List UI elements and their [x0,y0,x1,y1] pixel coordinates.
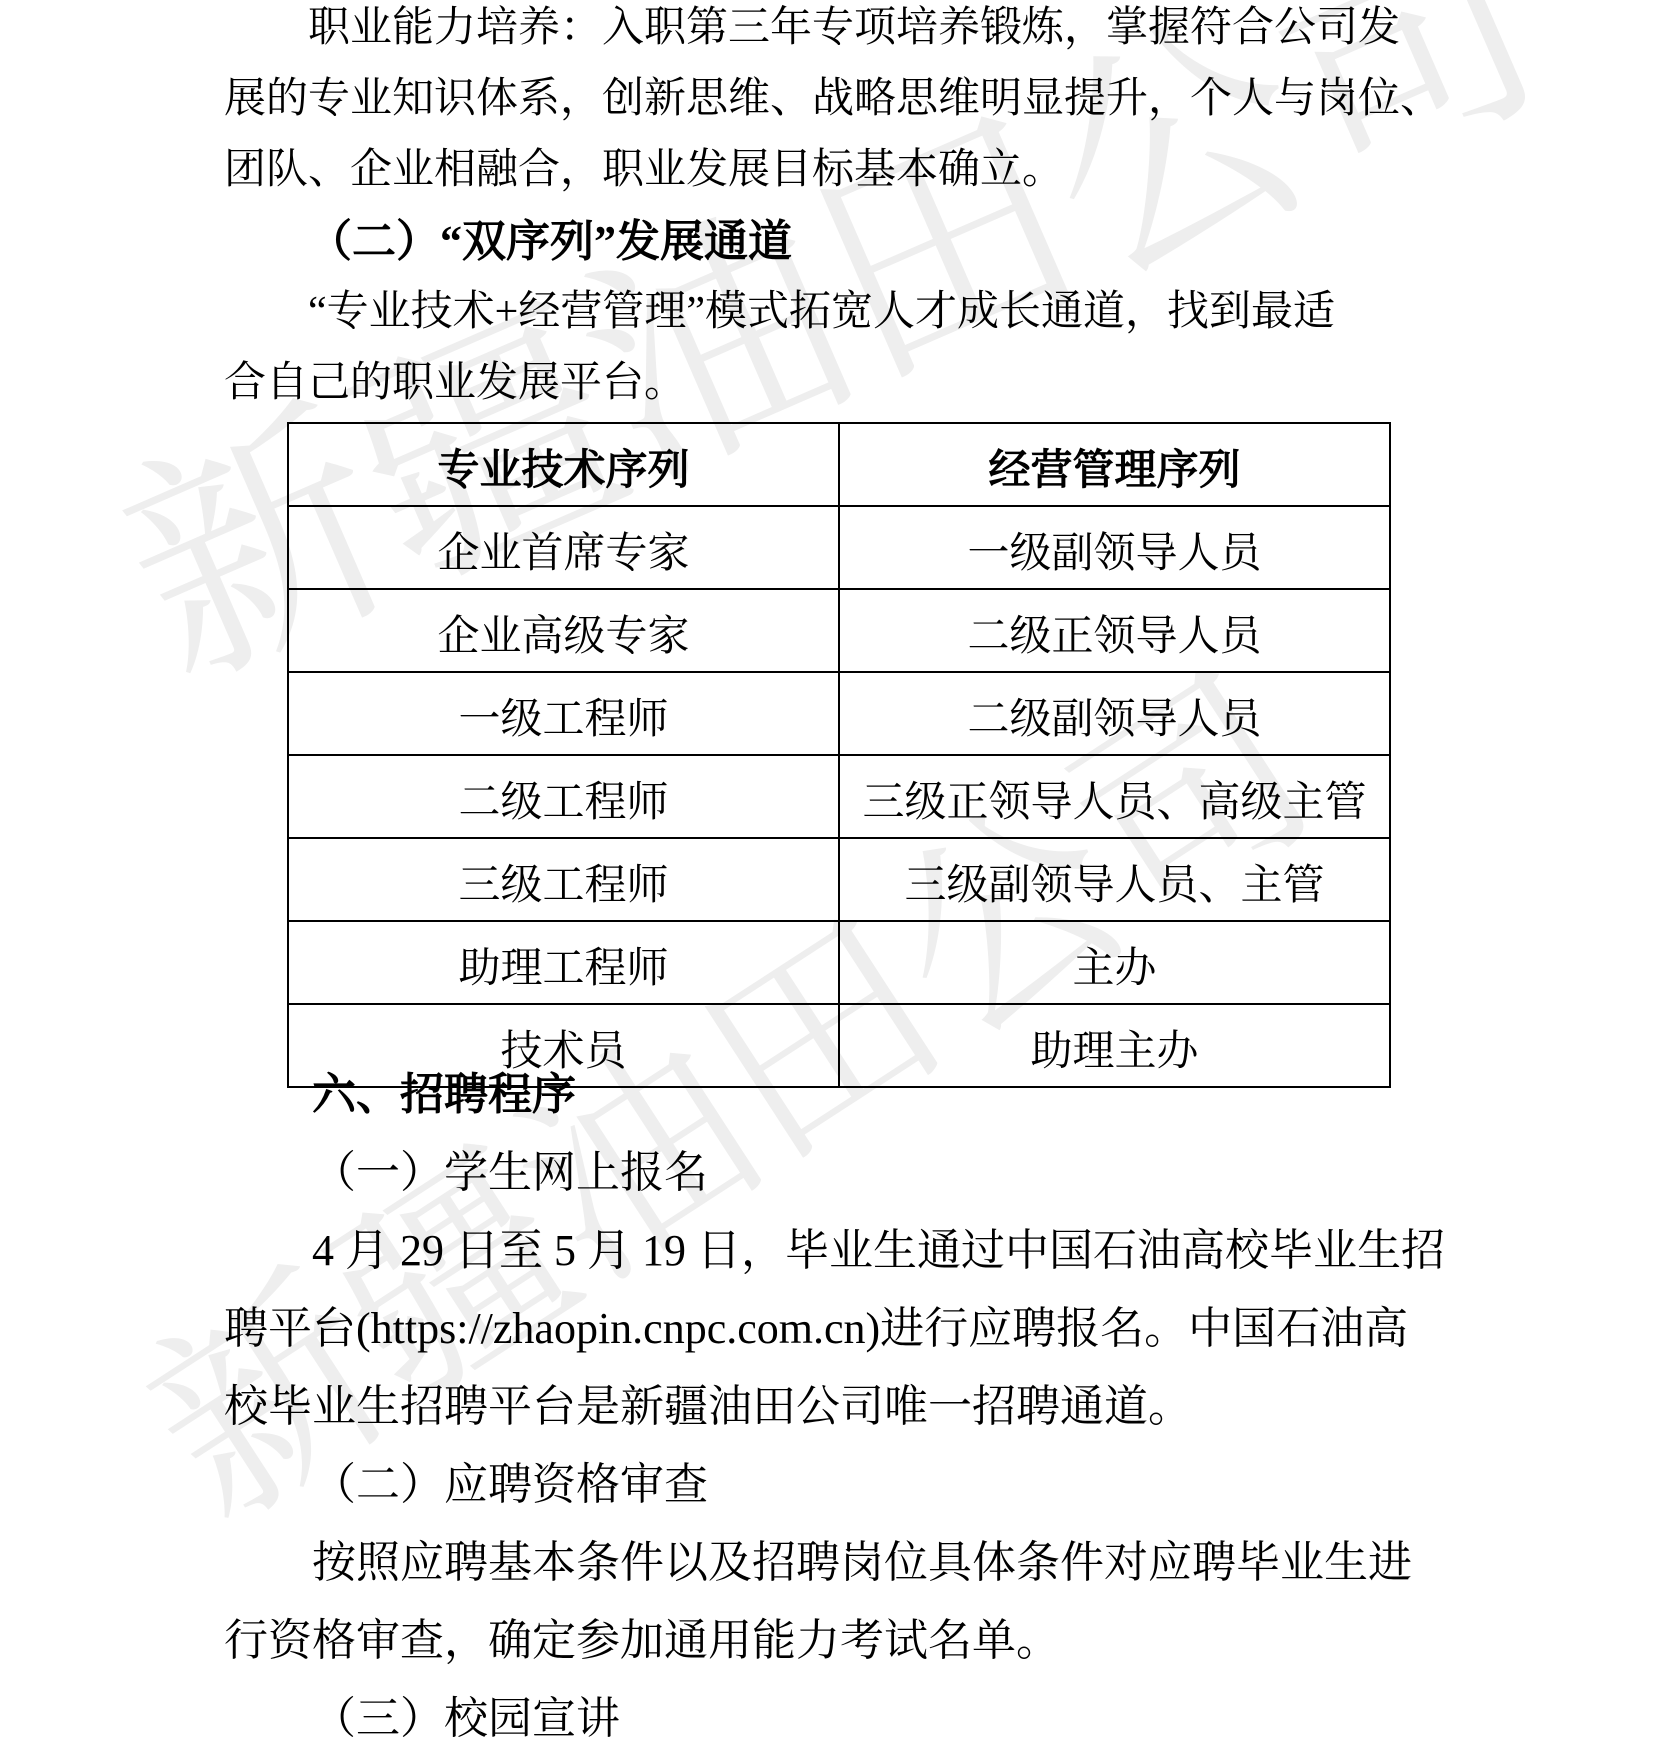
subheading-online-registration: （一）学生网上报名 [224,1134,1444,1212]
table-cell: 助理工程师 [288,921,839,1004]
document-page: 新疆油田公司 新疆油田公司 职业能力培养：入职第三年专项培养锻炼，掌握符合公司发… [0,0,1654,1753]
paragraph-line: 展的专业知识体系，创新思维、战略思维明显提升，个人与岗位、 [224,64,1444,135]
heading-recruitment-procedure: 六、招聘程序 [224,1056,1444,1134]
section-recruitment-procedure: 六、招聘程序 （一）学生网上报名 4 月 29 日至 5 月 19 日，毕业生通… [224,1056,1444,1753]
table-cell: 二级正领导人员 [839,589,1390,672]
section-career-development: 职业能力培养：入职第三年专项培养锻炼，掌握符合公司发 展的专业知识体系，创新思维… [224,0,1444,419]
table-row: 三级工程师 三级副领导人员、主管 [288,838,1390,921]
paragraph-line: 4 月 29 日至 5 月 19 日，毕业生通过中国石油高校毕业生招 [224,1212,1444,1290]
paragraph-line: 校毕业生招聘平台是新疆油田公司唯一招聘通道。 [224,1368,1444,1446]
paragraph-line: 行资格审查，确定参加通用能力考试名单。 [224,1602,1444,1680]
table-cell: 主办 [839,921,1390,1004]
table-row: 一级工程师 二级副领导人员 [288,672,1390,755]
paragraph-line: 按照应聘基本条件以及招聘岗位具体条件对应聘毕业生进 [224,1524,1444,1602]
table-cell: 三级工程师 [288,838,839,921]
paragraph-line: 团队、企业相融合，职业发展目标基本确立。 [224,135,1444,206]
career-sequence-table: 专业技术序列 经营管理序列 企业首席专家 一级副领导人员 企业高级专家 二级正领… [287,422,1391,1088]
heading-dual-sequence-channel: （二）“双序列”发展通道 [224,206,1444,277]
table-row: 二级工程师 三级正领导人员、高级主管 [288,755,1390,838]
paragraph-line: 职业能力培养：入职第三年专项培养锻炼，掌握符合公司发 [224,0,1444,64]
paragraph-line: “专业技术+经营管理”模式拓宽人才成长通道，找到最适 [224,277,1444,348]
table-cell: 一级副领导人员 [839,506,1390,589]
table-cell: 二级副领导人员 [839,672,1390,755]
table-row: 助理工程师 主办 [288,921,1390,1004]
table-row: 企业首席专家 一级副领导人员 [288,506,1390,589]
table-header-cell-management: 经营管理序列 [839,423,1390,506]
table-header-row: 专业技术序列 经营管理序列 [288,423,1390,506]
subheading-campus-presentation: （三）校园宣讲 [224,1680,1444,1753]
table-cell: 三级正领导人员、高级主管 [839,755,1390,838]
paragraph-line: 合自己的职业发展平台。 [224,348,1444,419]
table-row: 企业高级专家 二级正领导人员 [288,589,1390,672]
table-cell: 企业首席专家 [288,506,839,589]
table-cell: 二级工程师 [288,755,839,838]
table-cell: 一级工程师 [288,672,839,755]
table-cell: 企业高级专家 [288,589,839,672]
table-cell: 三级副领导人员、主管 [839,838,1390,921]
subheading-qualification-review: （二）应聘资格审查 [224,1446,1444,1524]
table-header-cell-technical: 专业技术序列 [288,423,839,506]
paragraph-line-with-url: 聘平台(https://zhaopin.cnpc.com.cn)进行应聘报名。中… [224,1290,1444,1368]
